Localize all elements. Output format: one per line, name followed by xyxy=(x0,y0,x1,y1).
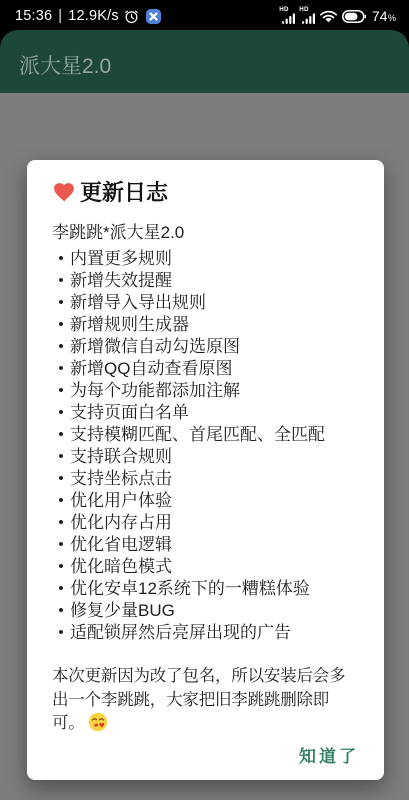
changelog-item-text: 新增微信自动勾选原图 xyxy=(70,336,240,358)
changelog-item: •支持联合规则 xyxy=(52,446,359,468)
changelog-item: •内置更多规则 xyxy=(52,248,359,270)
changelog-item: •优化内存占用 xyxy=(52,512,359,534)
update-dialog: 更新日志 李跳跳*派大星2.0 •内置更多规则•新增失效提醒•新增导入导出规则•… xyxy=(27,160,384,780)
changelog-item: •新增QQ自动查看原图 xyxy=(52,358,359,380)
changelog-item: •支持模糊匹配、首尾匹配、全匹配 xyxy=(52,424,359,446)
bullet-marker: • xyxy=(52,358,70,380)
changelog-item: •新增规则生成器 xyxy=(52,314,359,336)
hd-label: HD xyxy=(279,7,289,13)
changelog-item: •优化暗色模式 xyxy=(52,556,359,578)
dialog-title: 更新日志 xyxy=(52,176,359,207)
changelog-item-text: 新增导入导出规则 xyxy=(70,292,206,314)
changelog-item-text: 优化省电逻辑 xyxy=(70,534,172,556)
wifi-icon xyxy=(320,10,337,23)
changelog-item: •修复少量BUG xyxy=(52,600,359,622)
bullet-marker: • xyxy=(52,402,70,424)
changelog-item: •适配锁屏然后亮屏出现的广告 xyxy=(52,622,359,644)
app-title: 派大星2.0 xyxy=(0,50,111,80)
changelog-item: •新增微信自动勾选原图 xyxy=(52,336,359,358)
dialog-subtitle: 李跳跳*派大星2.0 xyxy=(52,222,359,244)
changelog-item-text: 支持模糊匹配、首尾匹配、全匹配 xyxy=(70,424,325,446)
bullet-marker: • xyxy=(52,336,70,358)
changelog-list: •内置更多规则•新增失效提醒•新增导入导出规则•新增规则生成器•新增微信自动勾选… xyxy=(52,248,359,644)
alarm-clock-icon xyxy=(124,9,139,24)
status-bar-right: HD HD xyxy=(280,7,396,25)
changelog-item: •优化省电逻辑 xyxy=(52,534,359,556)
x-app-icon xyxy=(146,9,161,24)
bullet-marker: • xyxy=(52,534,70,556)
dialog-actions: 知道了 xyxy=(52,736,359,773)
changelog-item-text: 适配锁屏然后亮屏出现的广告 xyxy=(70,622,291,644)
changelog-item-text: 内置更多规则 xyxy=(70,248,172,270)
changelog-item: •优化用户体验 xyxy=(52,490,359,512)
bullet-marker: • xyxy=(52,248,70,270)
network-speed: 12.9K/s xyxy=(68,8,119,24)
confirm-button[interactable]: 知道了 xyxy=(289,736,359,773)
changelog-item-text: 优化内存占用 xyxy=(70,512,172,534)
changelog-item-text: 支持坐标点击 xyxy=(70,468,172,490)
changelog-item-text: 修复少量BUG xyxy=(70,600,175,622)
bullet-marker: • xyxy=(52,578,70,600)
app-header: 派大星2.0 xyxy=(0,30,409,93)
changelog-item-text: 优化暗色模式 xyxy=(70,556,172,578)
changelog-item-text: 新增规则生成器 xyxy=(70,314,189,336)
bullet-marker: • xyxy=(52,622,70,644)
changelog-item: •新增导入导出规则 xyxy=(52,292,359,314)
clock: 15:36 xyxy=(15,8,52,24)
changelog-item-text: 支持页面白名单 xyxy=(70,402,189,424)
battery-icon xyxy=(342,10,366,23)
bullet-marker: • xyxy=(52,380,70,402)
changelog-item-text: 支持联合规则 xyxy=(70,446,172,468)
phone-screen: 15:36 | 12.9K/s HD xyxy=(0,0,409,800)
changelog-item: •支持坐标点击 xyxy=(52,468,359,490)
bullet-marker: • xyxy=(52,556,70,578)
bullet-marker: • xyxy=(52,314,70,336)
status-bar-left: 15:36 | 12.9K/s xyxy=(15,8,161,24)
changelog-item-text: 新增QQ自动查看原图 xyxy=(70,358,232,380)
changelog-item-text: 优化用户体验 xyxy=(70,490,172,512)
status-separator: | xyxy=(57,8,63,24)
percent-sign: % xyxy=(388,13,396,23)
sim1-signal-icon: HD xyxy=(280,7,295,25)
changelog-item-text: 为每个功能都添加注解 xyxy=(70,380,240,402)
changelog-item-text: 优化安卓12系统下的一糟糕体验 xyxy=(70,578,310,600)
bullet-marker: • xyxy=(52,424,70,446)
battery-percent-value: 74 xyxy=(372,8,388,24)
bullet-marker: • xyxy=(52,292,70,314)
bullet-marker: • xyxy=(52,490,70,512)
changelog-item: •优化安卓12系统下的一糟糕体验 xyxy=(52,578,359,600)
hd-label: HD xyxy=(299,7,309,13)
bullet-marker: • xyxy=(52,446,70,468)
sim2-signal-icon: HD xyxy=(300,7,315,25)
dialog-title-text: 更新日志 xyxy=(80,176,168,207)
bullet-marker: • xyxy=(52,600,70,622)
battery-percent: 74 % xyxy=(372,8,396,24)
kiss-emoji xyxy=(88,712,108,732)
status-bar: 15:36 | 12.9K/s HD xyxy=(0,0,409,30)
package-note: 本次更新因为改了包名，所以安装后会多出一个李跳跳，大家把旧李跳跳删除即可。 xyxy=(52,665,359,736)
changelog-item: •支持页面白名单 xyxy=(52,402,359,424)
heart-emoji xyxy=(52,180,77,203)
bullet-marker: • xyxy=(52,512,70,534)
bullet-marker: • xyxy=(52,468,70,490)
changelog-item: •为每个功能都添加注解 xyxy=(52,380,359,402)
changelog-item-text: 新增失效提醒 xyxy=(70,270,172,292)
changelog-item: •新增失效提醒 xyxy=(52,270,359,292)
bullet-marker: • xyxy=(52,270,70,292)
